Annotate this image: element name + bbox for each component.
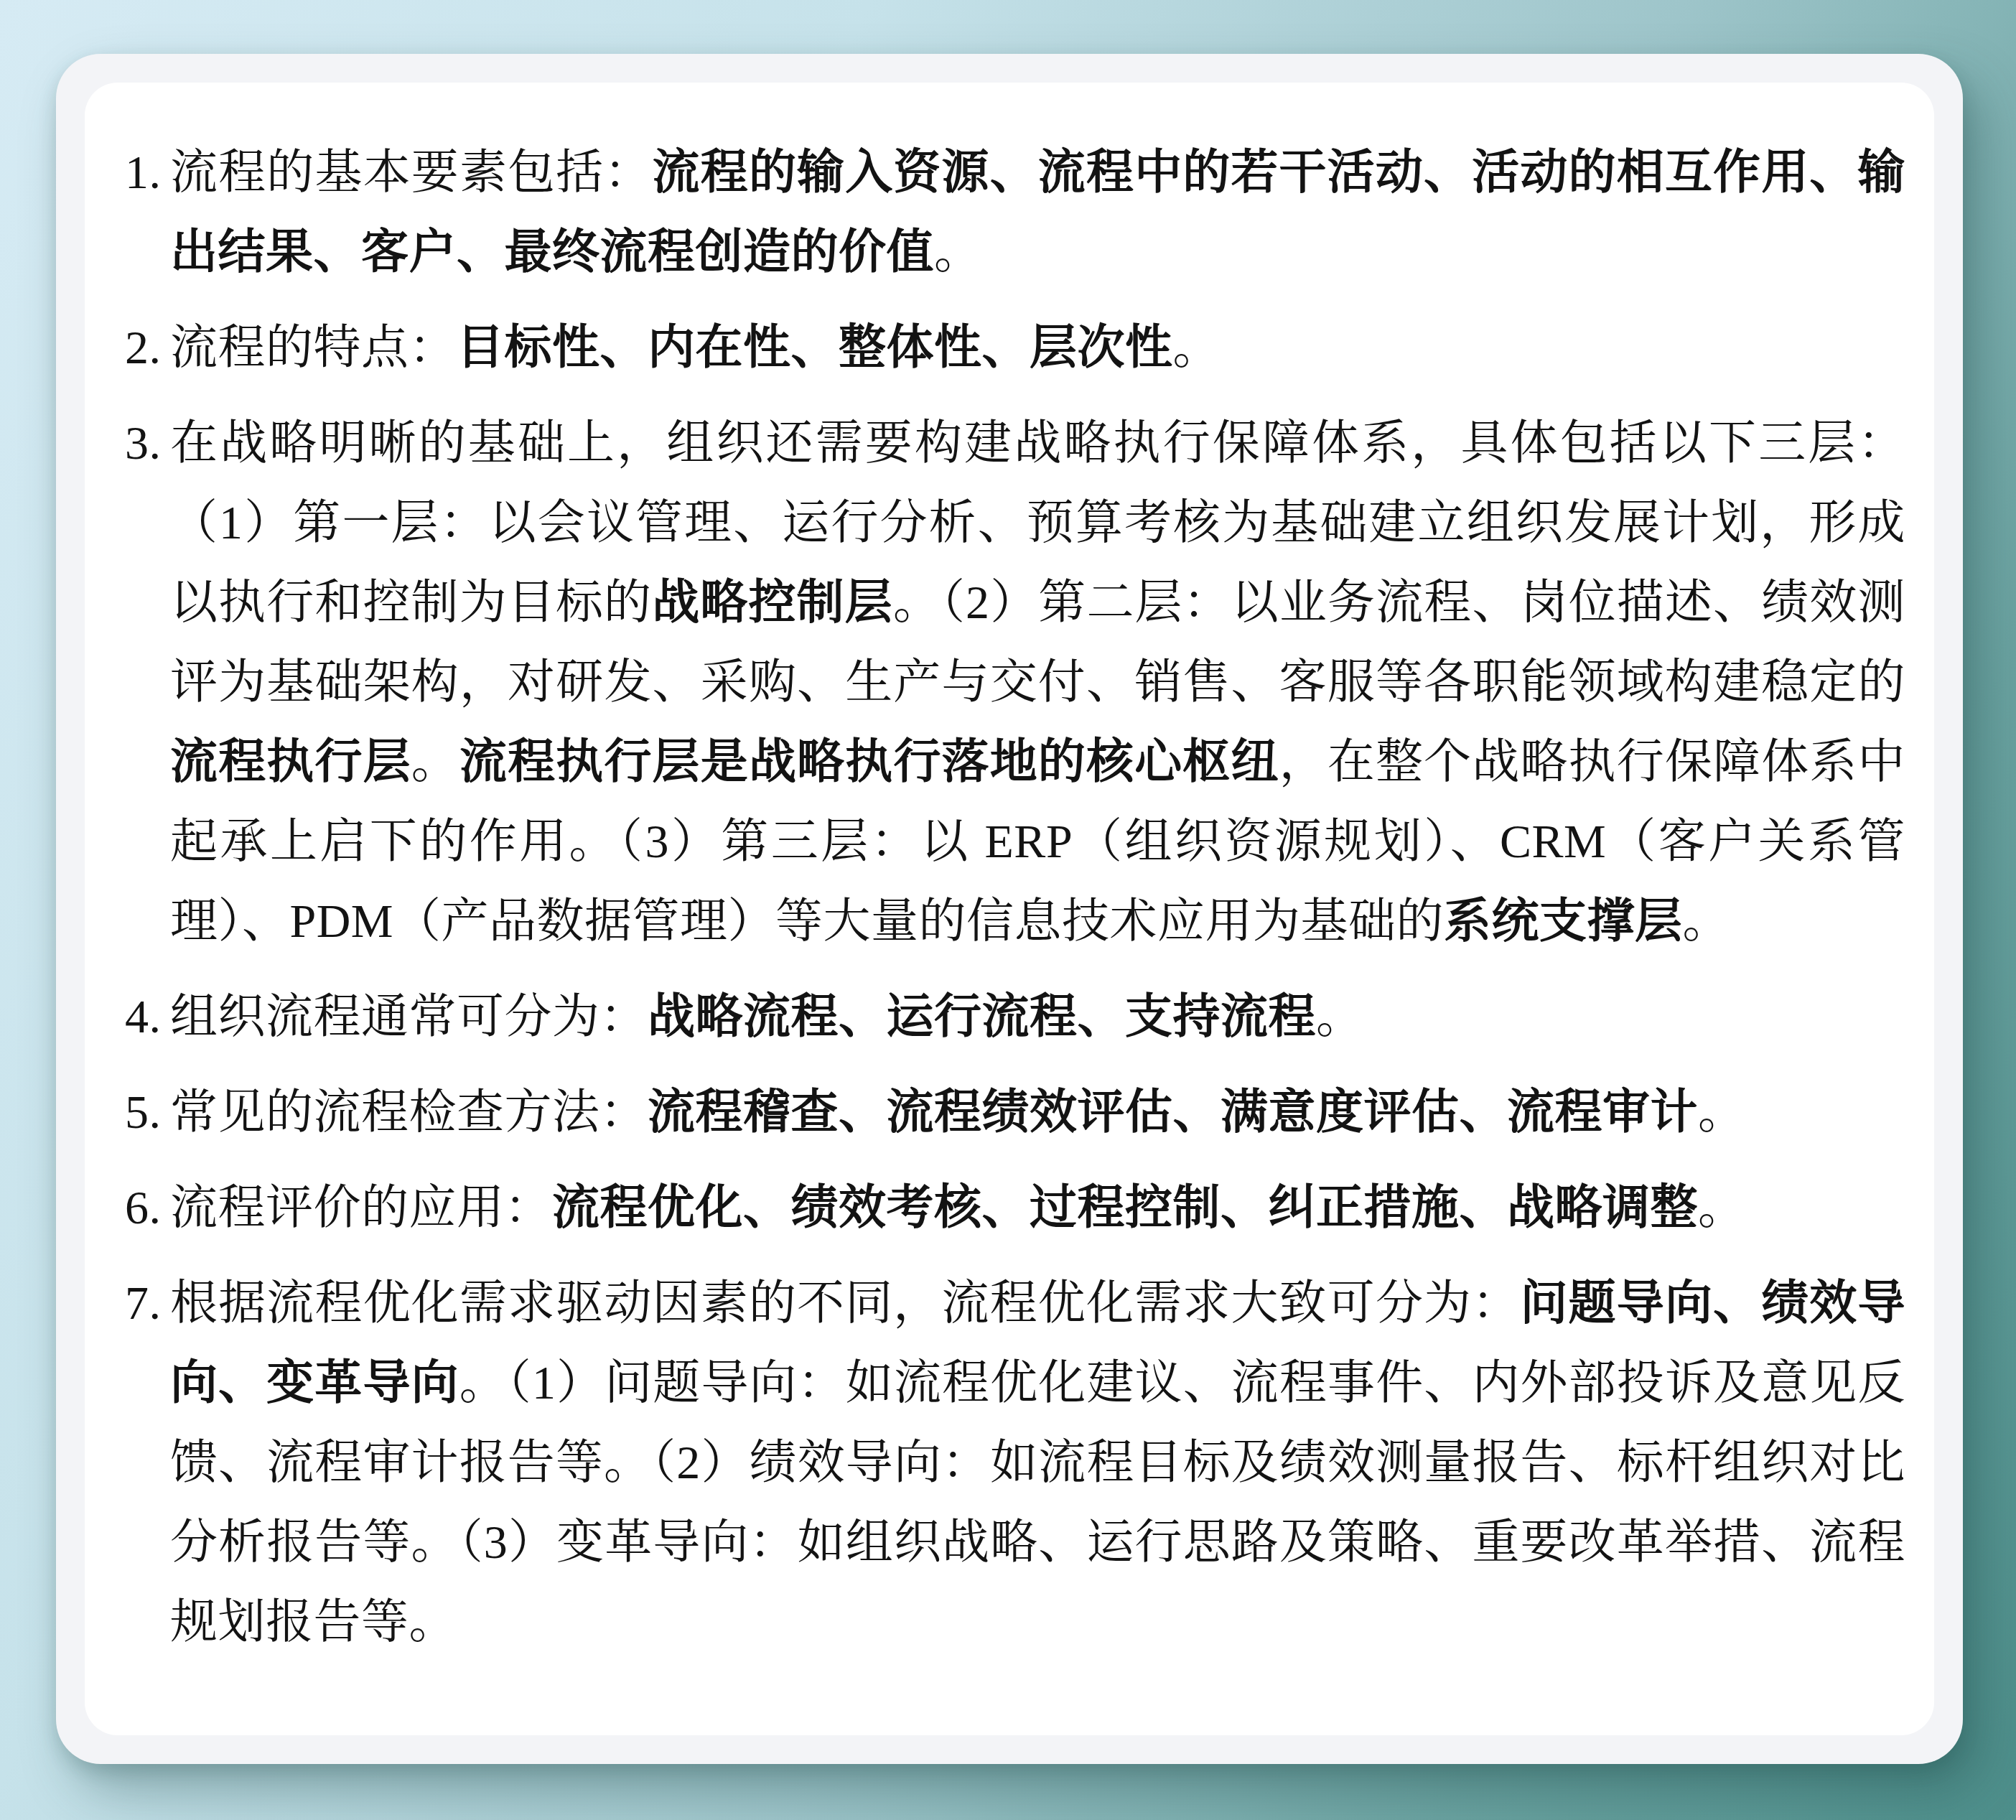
list-item: 5.常见的流程检查方法：流程稽查、流程绩效评估、满意度评估、流程审计。 [85, 1073, 1905, 1152]
text-segment: 流程执行层 [170, 736, 411, 788]
card-frame: 1.流程的基本要素包括：流程的输入资源、流程中的若干活动、活动的相互作用、输出结… [56, 54, 1963, 1764]
text-segment: 流程的基本要素包括： [170, 146, 653, 199]
item-number: 5. [125, 1073, 168, 1152]
text-segment: 流程评价的应用： [170, 1182, 552, 1234]
list-item: 7.根据流程优化需求驱动因素的不同，流程优化需求大致可分为：问题导向、绩效导向、… [85, 1264, 1905, 1662]
text-segment: 流程优化、绩效考核、过程控制、纠正措施、战略调整 [552, 1182, 1698, 1234]
text-segment: 流程的特点： [170, 322, 457, 374]
text-segment: 系统支撑层 [1444, 895, 1683, 948]
item-number: 4. [125, 977, 168, 1057]
text-segment: 。 [1698, 1182, 1746, 1234]
text-segment: 。 [1316, 991, 1364, 1043]
list-item: 6.流程评价的应用：流程优化、绩效考核、过程控制、纠正措施、战略调整。 [85, 1168, 1905, 1248]
text-segment: 。 [934, 226, 982, 279]
text-segment: 。 [1683, 895, 1731, 948]
item-number: 7. [125, 1264, 168, 1343]
list-item: 4.组织流程通常可分为：战略流程、运行流程、支持流程。 [85, 977, 1905, 1057]
page: { "page": { "background_gradient_start":… [0, 0, 2016, 1820]
text-segment: 根据流程优化需求驱动因素的不同，流程优化需求大致可分为： [170, 1277, 1520, 1330]
list-item: 2.流程的特点：目标性、内在性、整体性、层次性。 [85, 308, 1905, 388]
text-segment: 。 [411, 736, 459, 788]
item-number: 1. [125, 133, 168, 213]
content-card: 1.流程的基本要素包括：流程的输入资源、流程中的若干活动、活动的相互作用、输出结… [85, 83, 1934, 1735]
text-segment: 流程执行层是战略执行落地的核心枢纽 [459, 736, 1279, 788]
notes-list: 1.流程的基本要素包括：流程的输入资源、流程中的若干活动、活动的相互作用、输出结… [85, 83, 1934, 1662]
text-segment: 。 [1698, 1086, 1746, 1139]
text-segment: 。 [1173, 322, 1221, 374]
text-segment: 组织流程通常可分为： [170, 991, 648, 1043]
text-segment: 目标性、内在性、整体性、层次性 [457, 322, 1173, 374]
item-number: 3. [125, 403, 168, 483]
text-segment: 战略流程、运行流程、支持流程 [648, 991, 1316, 1043]
text-segment: 战略控制层 [652, 577, 893, 629]
list-item: 3.在战略明晰的基础上，组织还需要构建战略执行保障体系，具体包括以下三层：（1）… [85, 403, 1905, 961]
text-segment: 流程稽查、流程绩效评估、满意度评估、流程审计 [648, 1086, 1698, 1139]
text-segment: 常见的流程检查方法： [170, 1086, 648, 1139]
item-number: 6. [125, 1168, 168, 1248]
item-number: 2. [125, 308, 168, 388]
list-item: 1.流程的基本要素包括：流程的输入资源、流程中的若干活动、活动的相互作用、输出结… [85, 133, 1905, 292]
